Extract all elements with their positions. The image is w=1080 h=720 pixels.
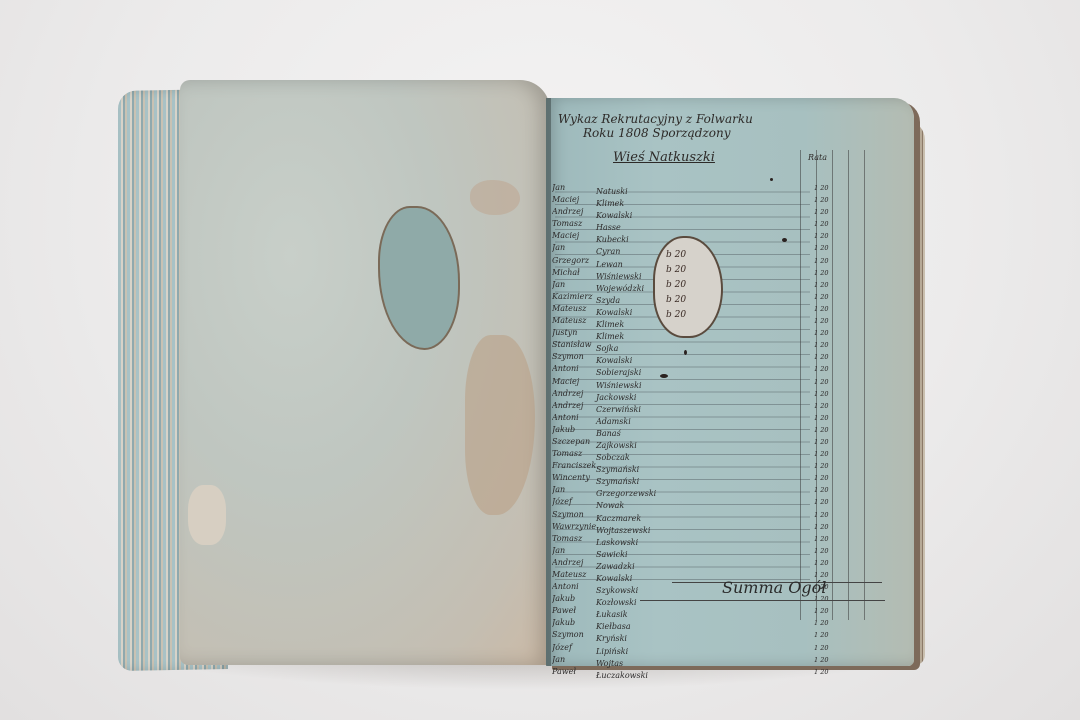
ledger-row: JanNatuski1 20 xyxy=(552,182,842,194)
water-stain-hole xyxy=(380,208,458,348)
first-name: Paweł xyxy=(552,605,596,617)
first-name: Jakub xyxy=(552,593,596,605)
ledger-row: FranciszekSzymański1 20 xyxy=(552,460,842,472)
amount: 1 20 xyxy=(814,448,828,460)
ledger-row: AndrzejCzerwiński1 20 xyxy=(552,400,842,412)
hole-text: b 20b 20b 20b 20b 20 xyxy=(666,248,686,323)
first-name: Mateusz xyxy=(552,315,596,327)
ledger-row: MaciejKlimek1 20 xyxy=(552,194,842,206)
first-name: Jan xyxy=(552,279,596,291)
ledger-row: StanisławSojka1 20 xyxy=(552,339,842,351)
stain xyxy=(470,180,520,215)
amount: 1 20 xyxy=(814,182,828,194)
first-name: Jan xyxy=(552,242,596,254)
first-name: Tomasz xyxy=(552,218,596,230)
first-name: Tomasz xyxy=(552,448,596,460)
first-name: Stanisław xyxy=(552,339,596,351)
ledger-row: WawrzyniecWojtaszewski1 20 xyxy=(552,521,842,533)
amount: 1 20 xyxy=(814,521,828,533)
amount: 1 20 xyxy=(814,351,828,363)
first-name: Andrzej xyxy=(552,206,596,218)
first-name: Jan xyxy=(552,654,596,666)
ledger-row: JanWojtas1 20 xyxy=(552,654,842,666)
first-name: Józef xyxy=(552,642,596,654)
last-name: Łuczakowski xyxy=(596,670,676,682)
amount: 1 20 xyxy=(814,363,828,375)
amount: 1 20 xyxy=(814,400,828,412)
first-name: Jakub xyxy=(552,424,596,436)
ledger-row: JakubBanaś1 20 xyxy=(552,424,842,436)
ledger-row: JakubKiełbasa1 20 xyxy=(552,617,842,629)
first-name: Justyn xyxy=(552,327,596,339)
first-name: Paweł xyxy=(552,666,596,678)
amount: 1 20 xyxy=(814,629,828,641)
ledger-row: AndrzejJackowski1 20 xyxy=(552,388,842,400)
amount: 1 20 xyxy=(814,642,828,654)
spine-margin-line xyxy=(546,98,551,666)
ledger-row: AntoniSobierajski1 20 xyxy=(552,363,842,375)
ledger-row: MaciejWiśniewski1 20 xyxy=(552,376,842,388)
village-name: Wieś Natkuszki xyxy=(613,150,798,165)
amount: 1 20 xyxy=(814,303,828,315)
hole-entry: b 20 xyxy=(666,248,686,263)
first-name: Wincenty xyxy=(552,472,596,484)
first-name: Jan xyxy=(552,545,596,557)
torn-area xyxy=(188,485,226,545)
first-name: Andrzej xyxy=(552,388,596,400)
amount: 1 20 xyxy=(814,424,828,436)
first-name: Kazimierz xyxy=(552,291,596,303)
ink-blot xyxy=(684,350,687,355)
first-name: Mateusz xyxy=(552,303,596,315)
sum-line xyxy=(640,600,885,601)
ledger-row: PawełŁuczakowski1 20 xyxy=(552,666,842,678)
ledger-row: JózefNowak1 20 xyxy=(552,496,842,508)
first-name: Michał xyxy=(552,267,596,279)
header-line-2: Roku 1808 Sporządzony xyxy=(583,126,798,140)
ledger-row: JózefLipiński1 20 xyxy=(552,642,842,654)
ledger-row: SzczepanZajkowski1 20 xyxy=(552,436,842,448)
hole-entry: b 20 xyxy=(666,293,686,308)
ledger-row: SzymonKowalski1 20 xyxy=(552,351,842,363)
ledger-row: TomaszSobczak1 20 xyxy=(552,448,842,460)
amount: 1 20 xyxy=(814,376,828,388)
amount: 1 20 xyxy=(814,605,828,617)
amount: 1 20 xyxy=(814,279,828,291)
amount: 1 20 xyxy=(814,545,828,557)
amount: 1 20 xyxy=(814,460,828,472)
ink-blot xyxy=(770,178,773,181)
first-name: Mateusz xyxy=(552,569,596,581)
first-name: Antoni xyxy=(552,412,596,424)
first-name: Antoni xyxy=(552,581,596,593)
first-name: Wawrzyniec xyxy=(552,521,596,533)
amount: 1 20 xyxy=(814,496,828,508)
first-name: Maciej xyxy=(552,376,596,388)
column-header: Rata xyxy=(808,153,827,162)
amount: 1 20 xyxy=(814,617,828,629)
amount: 1 20 xyxy=(814,339,828,351)
ledger-row: TomaszLaskowski1 20 xyxy=(552,533,842,545)
first-name: Szymon xyxy=(552,629,596,641)
ink-blot xyxy=(782,238,787,242)
ledger-row: AndrzejZawadzki1 20 xyxy=(552,557,842,569)
amount: 1 20 xyxy=(814,472,828,484)
amount: 1 20 xyxy=(814,484,828,496)
amount: 1 20 xyxy=(814,666,828,678)
amount: 1 20 xyxy=(814,267,828,279)
ledger-row: TomaszHasse1 20 xyxy=(552,218,842,230)
hole-entry: b 20 xyxy=(666,278,686,293)
amount: 1 20 xyxy=(814,230,828,242)
amount: 1 20 xyxy=(814,436,828,448)
amount: 1 20 xyxy=(814,327,828,339)
summa-label: Summa Ogół xyxy=(722,578,826,597)
left-page xyxy=(180,80,550,665)
first-name: Grzegorz xyxy=(552,255,596,267)
first-name: Maciej xyxy=(552,230,596,242)
ledger-row: AndrzejKowalski1 20 xyxy=(552,206,842,218)
amount: 1 20 xyxy=(814,242,828,254)
ledger-row: JanSawicki1 20 xyxy=(552,545,842,557)
amount: 1 20 xyxy=(814,206,828,218)
ledger-row: JanGrzegorzewski1 20 xyxy=(552,484,842,496)
first-name: Andrzej xyxy=(552,400,596,412)
first-name: Szymon xyxy=(552,351,596,363)
ink-blot xyxy=(660,374,668,378)
amount: 1 20 xyxy=(814,194,828,206)
first-name: Jan xyxy=(552,182,596,194)
ledger-header: Wykaz Rekrutacyjny z Folwarku Roku 1808 … xyxy=(558,112,798,165)
hole-entry: b 20 xyxy=(666,308,686,323)
first-name: Józef xyxy=(552,496,596,508)
first-name: Andrzej xyxy=(552,557,596,569)
amount: 1 20 xyxy=(814,509,828,521)
first-name: Jakub xyxy=(552,617,596,629)
first-name: Antoni xyxy=(552,363,596,375)
first-name: Jan xyxy=(552,484,596,496)
amount: 1 20 xyxy=(814,255,828,267)
first-name: Szczepan xyxy=(552,436,596,448)
amount: 1 20 xyxy=(814,218,828,230)
ledger-row: SzymonKryński1 20 xyxy=(552,629,842,641)
header-line-1: Wykaz Rekrutacyjny z Folwarku xyxy=(558,112,798,126)
ledger-row: SzymonKaczmarek1 20 xyxy=(552,509,842,521)
open-ledger-book: Wykaz Rekrutacyjny z Folwarku Roku 1808 … xyxy=(0,0,1080,720)
ledger-row: PawełŁukasik1 20 xyxy=(552,605,842,617)
first-name: Tomasz xyxy=(552,533,596,545)
amount: 1 20 xyxy=(814,388,828,400)
amount: 1 20 xyxy=(814,557,828,569)
amount: 1 20 xyxy=(814,533,828,545)
hole-entry: b 20 xyxy=(666,263,686,278)
amount: 1 20 xyxy=(814,315,828,327)
ledger-row: WincentySzymański1 20 xyxy=(552,472,842,484)
first-name: Maciej xyxy=(552,194,596,206)
amount: 1 20 xyxy=(814,412,828,424)
amount: 1 20 xyxy=(814,291,828,303)
ledger-row: AntoniAdamski1 20 xyxy=(552,412,842,424)
water-stain xyxy=(465,335,535,515)
first-name: Szymon xyxy=(552,509,596,521)
first-name: Franciszek xyxy=(552,460,596,472)
paper-hole xyxy=(655,238,721,336)
amount: 1 20 xyxy=(814,654,828,666)
